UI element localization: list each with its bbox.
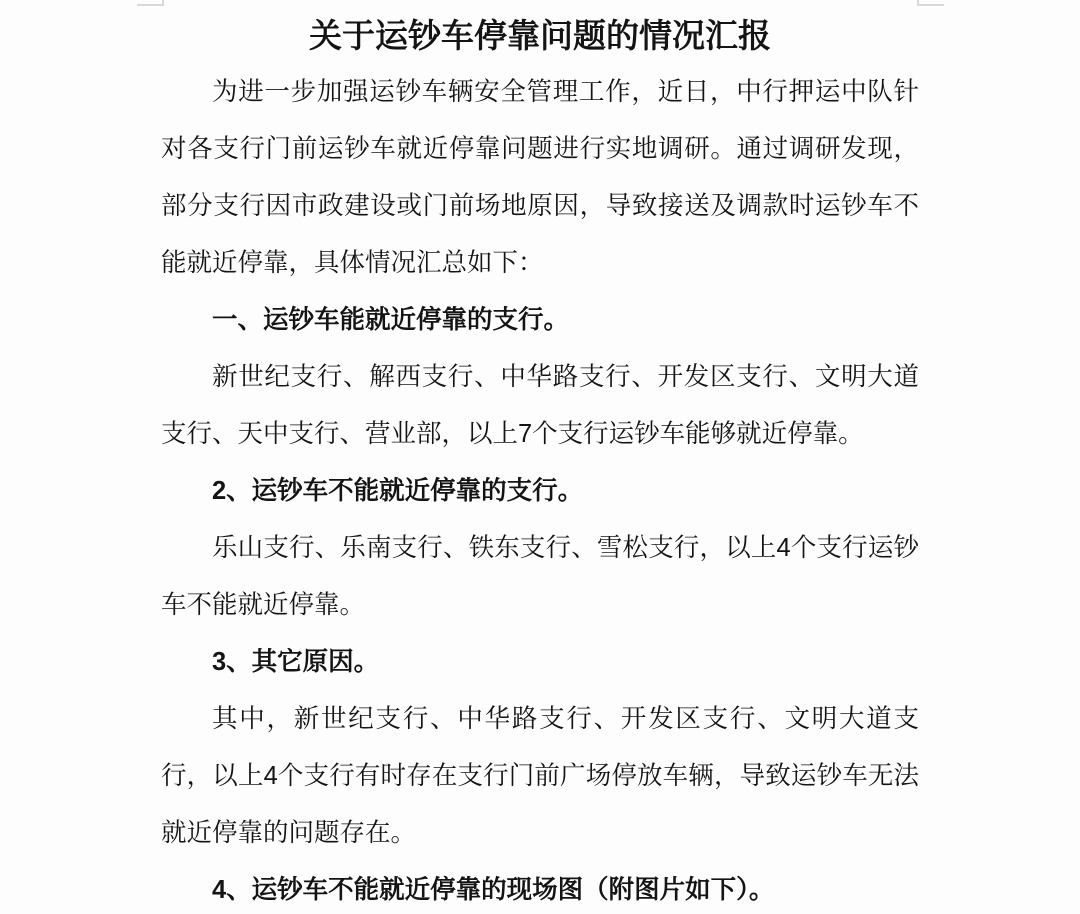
section-heading-2: 2、运钞车不能就近停靠的支行。 [161, 463, 919, 520]
section-heading-4: 4、运钞车不能就近停靠的现场图（附图片如下）。 [161, 862, 919, 914]
report-document: 关于运钞车停靠问题的情况汇报 为进一步加强运钞车辆安全管理工作，近日，中行押运中… [0, 0, 1080, 914]
paragraph-section-2: 乐山支行、乐南支行、铁东支行、雪松支行，以上4个支行运钞车不能就近停靠。 [161, 520, 919, 634]
cropped-image-corner-right [917, 0, 944, 6]
paragraph-intro: 为进一步加强运钞车辆安全管理工作，近日，中行押运中队针对各支行门前运钞车就近停靠… [161, 64, 919, 292]
report-title: 关于运钞车停靠问题的情况汇报 [161, 7, 919, 64]
paragraph-section-3: 其中，新世纪支行、中华路支行、开发区支行、文明大道支行，以上4个支行有时存在支行… [161, 691, 919, 862]
section-heading-1: 一、运钞车能就近停靠的支行。 [161, 292, 919, 349]
paragraph-section-1: 新世纪支行、解西支行、中华路支行、开发区支行、文明大道支行、天中支行、营业部，以… [161, 349, 919, 463]
section-heading-3: 3、其它原因。 [161, 634, 919, 691]
cropped-image-corner-left [137, 0, 164, 6]
